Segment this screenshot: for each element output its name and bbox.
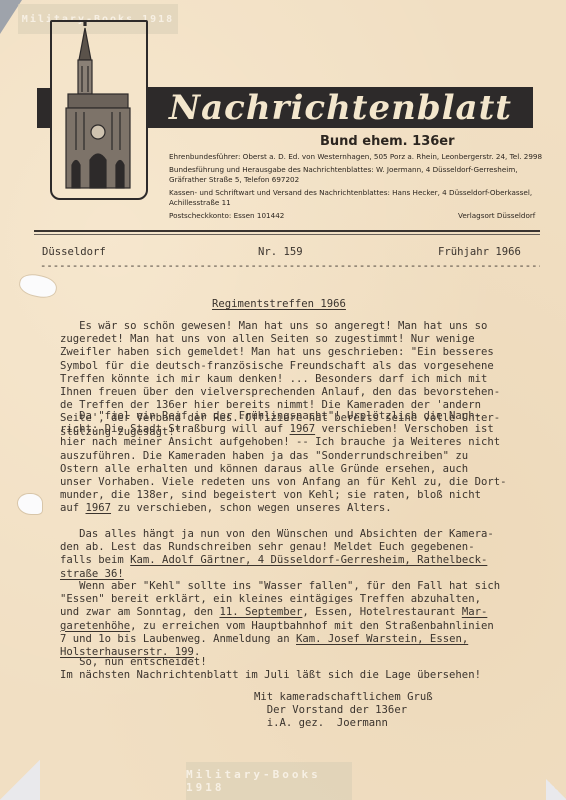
text-line: Das alles hängt ja nun von den Wünschen … [60,528,540,541]
header-rule [34,230,540,232]
text-line: Zweifler haben sich gemeldet! Man hat un… [60,346,540,359]
text-line: "Essen" bereit erklärt, ein kleines eint… [60,593,540,606]
masthead-title: Nachrichtenblatt [169,91,512,125]
info-honorary-leader: Ehrenbundesführer: Oberst a. D. Ed. von … [169,152,542,162]
text-line: auf 1967 zu verschieben, schon wegen uns… [60,502,540,515]
text-line: Es wär so schön gewesen! Man hat uns so … [60,320,540,333]
association-name: Bund ehem. 136er [320,134,455,149]
info-treasurer-address: Achillesstraße 11 [169,198,231,208]
text-line: Symbol für die deutsch-französische Freu… [60,360,540,373]
issue-season: Frühjahr 1966 [438,246,521,258]
paper-tear [18,272,57,299]
text-line: Im nächsten Nachrichtenblatt im Juli läß… [60,669,540,682]
dashed-divider: ----------------------------------------… [40,260,540,272]
text-line: garetenhöhe, zu erreichen vom Hauptbahnh… [60,620,540,633]
text-line: munder, die 138er, sind begeistert von K… [60,489,540,502]
dateline-city: Düsseldorf [42,246,106,258]
text-line: Ostern alle erhalten und können daraus a… [60,463,540,476]
text-line: i.A. gez. Joermann [254,716,433,729]
issue-number: Nr. 159 [258,246,303,258]
info-management: Bundesführung und Herausgabe des Nachric… [169,165,518,175]
text-line: zugeredet! Man hat uns von allen Seiten … [60,333,540,346]
text-line: Ihnen freuen über den vielversprechenden… [60,386,540,399]
text-line: hier nach meiner Ansicht aufgehoben! -- … [60,436,540,449]
signature-block: Mit kameradschaftlichem Gruß Der Vorstan… [254,690,433,730]
text-line: richt: Die Stadt Straßburg will auf 1967… [60,423,540,436]
info-postal-account: Postscheckkonto: Essen 101442 [169,211,284,221]
text-line: falls beim Kam. Adolf Gärtner, 4 Düsseld… [60,554,540,567]
header-rule [34,234,540,235]
text-line: und zwar am Sonntag, den 11. September, … [60,606,540,619]
text-line: 7 und 1o bis Laubenweg. Anmeldung an Kam… [60,633,540,646]
text-line: den ab. Lest das Rundschreiben sehr gena… [60,541,540,554]
paragraph-4: Wenn aber "Kehl" sollte ins "Wasser fall… [60,580,540,659]
watermark-bottom: Military-Books 1918 [186,762,352,800]
info-management-address: Gräfrather Straße 5, Telefon 697202 [169,175,299,185]
text-line: So, nun entscheidet! [60,656,540,669]
text-line: straße 36! [60,568,540,581]
text-line: Wenn aber "Kehl" sollte ins "Wasser fall… [60,580,540,593]
folded-corner [0,760,40,800]
text-line: Treffen könnte ich mir kaum denken! ... … [60,373,540,386]
folded-corner [546,778,566,800]
masthead-banner: Nachrichtenblatt [148,87,533,128]
info-publishing-place: Verlagsort Düsseldorf [458,211,535,221]
paper-tear [18,494,42,514]
text-line: Da "fiel ein Reif in der Frühlingsnacht"… [60,410,540,423]
text-line: Der Vorstand der 136er [254,703,433,716]
article-heading: Regimentstreffen 1966 [212,298,346,310]
text-line: auszuführen. Die Kameraden haben ja das … [60,450,540,463]
banner-stub [37,88,51,128]
text-line: Mit kameradschaftlichem Gruß [254,690,433,703]
text-line: unser Vorhaben. Viele redeten uns von An… [60,476,540,489]
info-treasurer: Kassen- und Schriftwart und Versand des … [169,188,532,198]
paragraph-5: So, nun entscheidet!Im nächsten Nachrich… [60,656,540,682]
paragraph-3: Das alles hängt ja nun von den Wünschen … [60,528,540,581]
paragraph-2: Da "fiel ein Reif in der Frühlingsnacht"… [60,410,540,516]
strasbourg-cathedral-icon [62,20,134,192]
